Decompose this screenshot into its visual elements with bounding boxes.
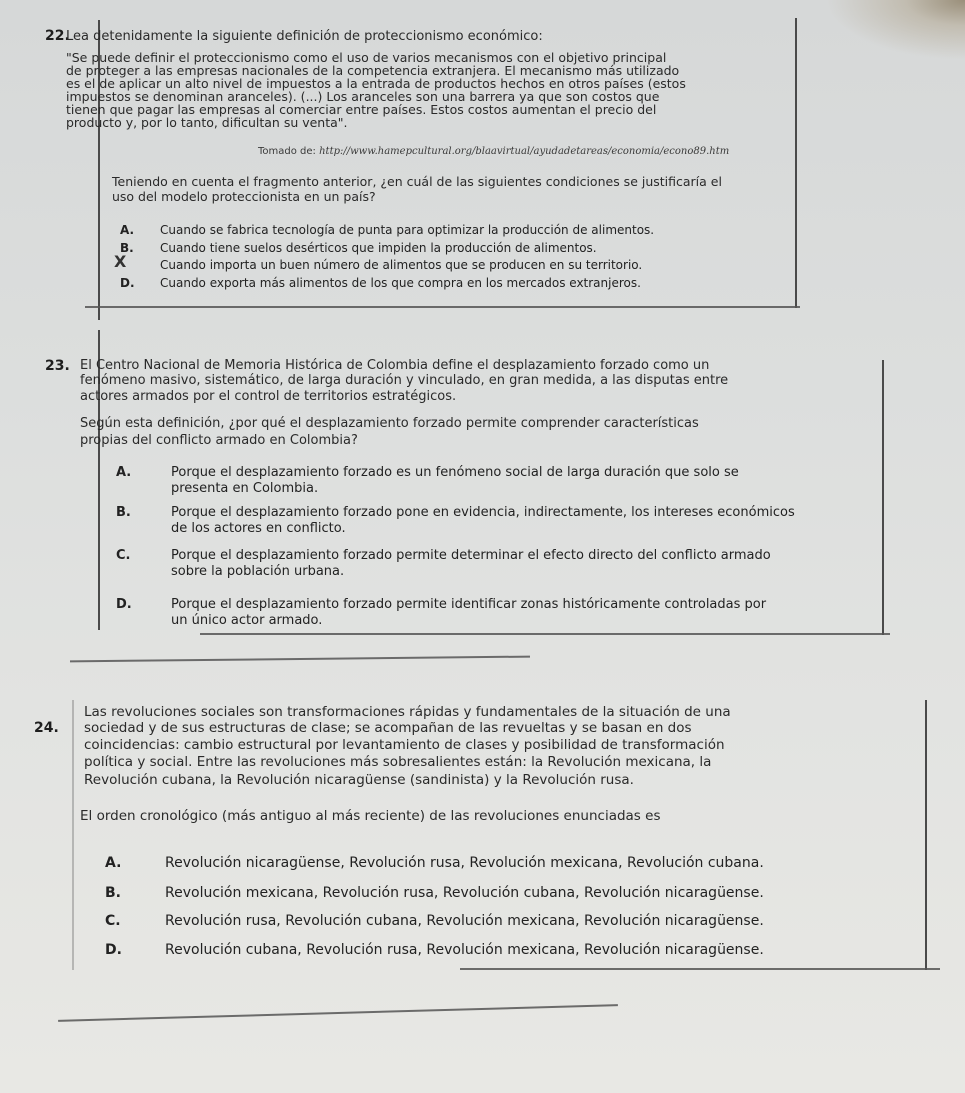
option-text: Porque el desplazamiento forzado permite… (171, 548, 886, 580)
paper-corner-shadow (825, 0, 965, 60)
question-text: propias del conflicto armado en Colombia… (80, 433, 358, 448)
option-text: Porque el desplazamiento forzado es un f… (171, 465, 886, 497)
separator-line (460, 968, 940, 970)
option-b[interactable]: B. Cuando tiene suelos desérticos que im… (120, 240, 800, 256)
quote-line: producto y, por lo tanto, dificultan su … (66, 115, 348, 130)
prompt-line: Revolución cubana, la Revolución nicarag… (84, 772, 634, 789)
option-a[interactable]: A. Revolución nicaragüense, Revolución r… (105, 855, 925, 872)
separator-line (58, 1004, 618, 1022)
box-right-border (925, 700, 927, 970)
separator-line (85, 306, 800, 308)
option-text: Revolución nicaragüense, Revolución rusa… (165, 855, 925, 872)
option-a[interactable]: A. Porque el desplazamiento forzado es u… (116, 465, 886, 497)
option-text: Cuando importa un buen número de aliment… (160, 257, 800, 274)
question-text: Según esta definición, ¿por qué el despl… (80, 416, 699, 431)
prompt-line: Las revoluciones sociales son transforma… (84, 704, 731, 721)
option-d[interactable]: D. Revolución cubana, Revolución rusa, R… (105, 942, 925, 959)
option-line: de los actores en conflicto. (171, 521, 886, 537)
option-a[interactable]: A. Cuando se fabrica tecnología de punta… (120, 222, 800, 238)
option-letter: B. (105, 885, 165, 902)
prompt-line: El Centro Nacional de Memoria Histórica … (80, 358, 709, 373)
option-letter: A. (116, 465, 171, 497)
prompt-line: coincidencias: cambio estructural por le… (84, 737, 725, 754)
margin-line (72, 700, 74, 970)
source-citation: Tomado de: http://www.hamepcultural.org/… (258, 146, 729, 157)
option-letter: C. (116, 548, 171, 580)
option-c[interactable]: X Cuando importa un buen número de alime… (120, 257, 800, 274)
option-text: Cuando tiene suelos desérticos que impid… (160, 240, 800, 256)
option-c[interactable]: C. Revolución rusa, Revolución cubana, R… (105, 913, 925, 930)
option-letter: B. (116, 505, 171, 537)
prompt-line: fenómeno masivo, sistemático, de larga d… (80, 373, 728, 388)
prompt-line: política y social. Entre las revolucione… (84, 754, 711, 771)
prompt-line: sociedad y de sus estructuras de clase; … (84, 720, 692, 737)
question-text: El orden cronológico (más antiguo al más… (80, 808, 660, 825)
option-b[interactable]: B. Revolución mexicana, Revolución rusa,… (105, 885, 925, 902)
option-line: un único actor armado. (171, 613, 886, 629)
option-line: sobre la población urbana. (171, 564, 886, 580)
option-letter: D. (105, 942, 165, 959)
question-number: 23. (45, 358, 70, 374)
option-c[interactable]: C. Porque el desplazamiento forzado perm… (116, 548, 886, 580)
option-d[interactable]: D. Porque el desplazamiento forzado perm… (116, 597, 886, 629)
source-url: http://www.hamepcultural.org/blaavirtual… (319, 146, 729, 157)
option-line: Porque el desplazamiento forzado permite… (171, 597, 886, 613)
option-letter: D. (116, 597, 171, 629)
separator-line (200, 633, 890, 635)
separator-line (70, 656, 530, 663)
handwritten-x-mark: X (114, 252, 126, 271)
option-line: Porque el desplazamiento forzado es un f… (171, 465, 886, 481)
option-b[interactable]: B. Porque el desplazamiento forzado pone… (116, 505, 886, 537)
option-letter: A. (105, 855, 165, 872)
option-letter: A. (120, 222, 160, 238)
option-letter: B. (120, 240, 160, 256)
option-text: Revolución rusa, Revolución cubana, Revo… (165, 913, 925, 930)
question-text: uso del modelo proteccionista en un país… (112, 189, 376, 204)
option-line: Porque el desplazamiento forzado permite… (171, 548, 886, 564)
option-text: Cuando se fabrica tecnología de punta pa… (160, 222, 800, 238)
option-text: Cuando exporta más alimentos de los que … (160, 275, 800, 291)
option-letter: X (120, 257, 160, 274)
option-letter: D. (120, 275, 160, 291)
option-text: Revolución cubana, Revolución rusa, Revo… (165, 942, 925, 959)
option-letter: C. (105, 913, 165, 930)
question-text: Teniendo en cuenta el fragmento anterior… (112, 174, 722, 189)
box-right-border (882, 360, 884, 635)
option-d[interactable]: D. Cuando exporta más alimentos de los q… (120, 275, 800, 291)
option-text: Porque el desplazamiento forzado pone en… (171, 505, 886, 537)
prompt-line: actores armados por el control de territ… (80, 389, 456, 404)
source-label: Tomado de: (258, 146, 316, 157)
exam-page: 22. Lea detenidamente la siguiente defin… (0, 0, 965, 1093)
option-line: presenta en Colombia. (171, 481, 886, 497)
option-line: Porque el desplazamiento forzado pone en… (171, 505, 886, 521)
question-prompt: Lea detenidamente la siguiente definició… (66, 29, 543, 44)
option-text: Porque el desplazamiento forzado permite… (171, 597, 886, 629)
question-number: 24. (34, 720, 59, 736)
option-text: Revolución mexicana, Revolución rusa, Re… (165, 885, 925, 902)
